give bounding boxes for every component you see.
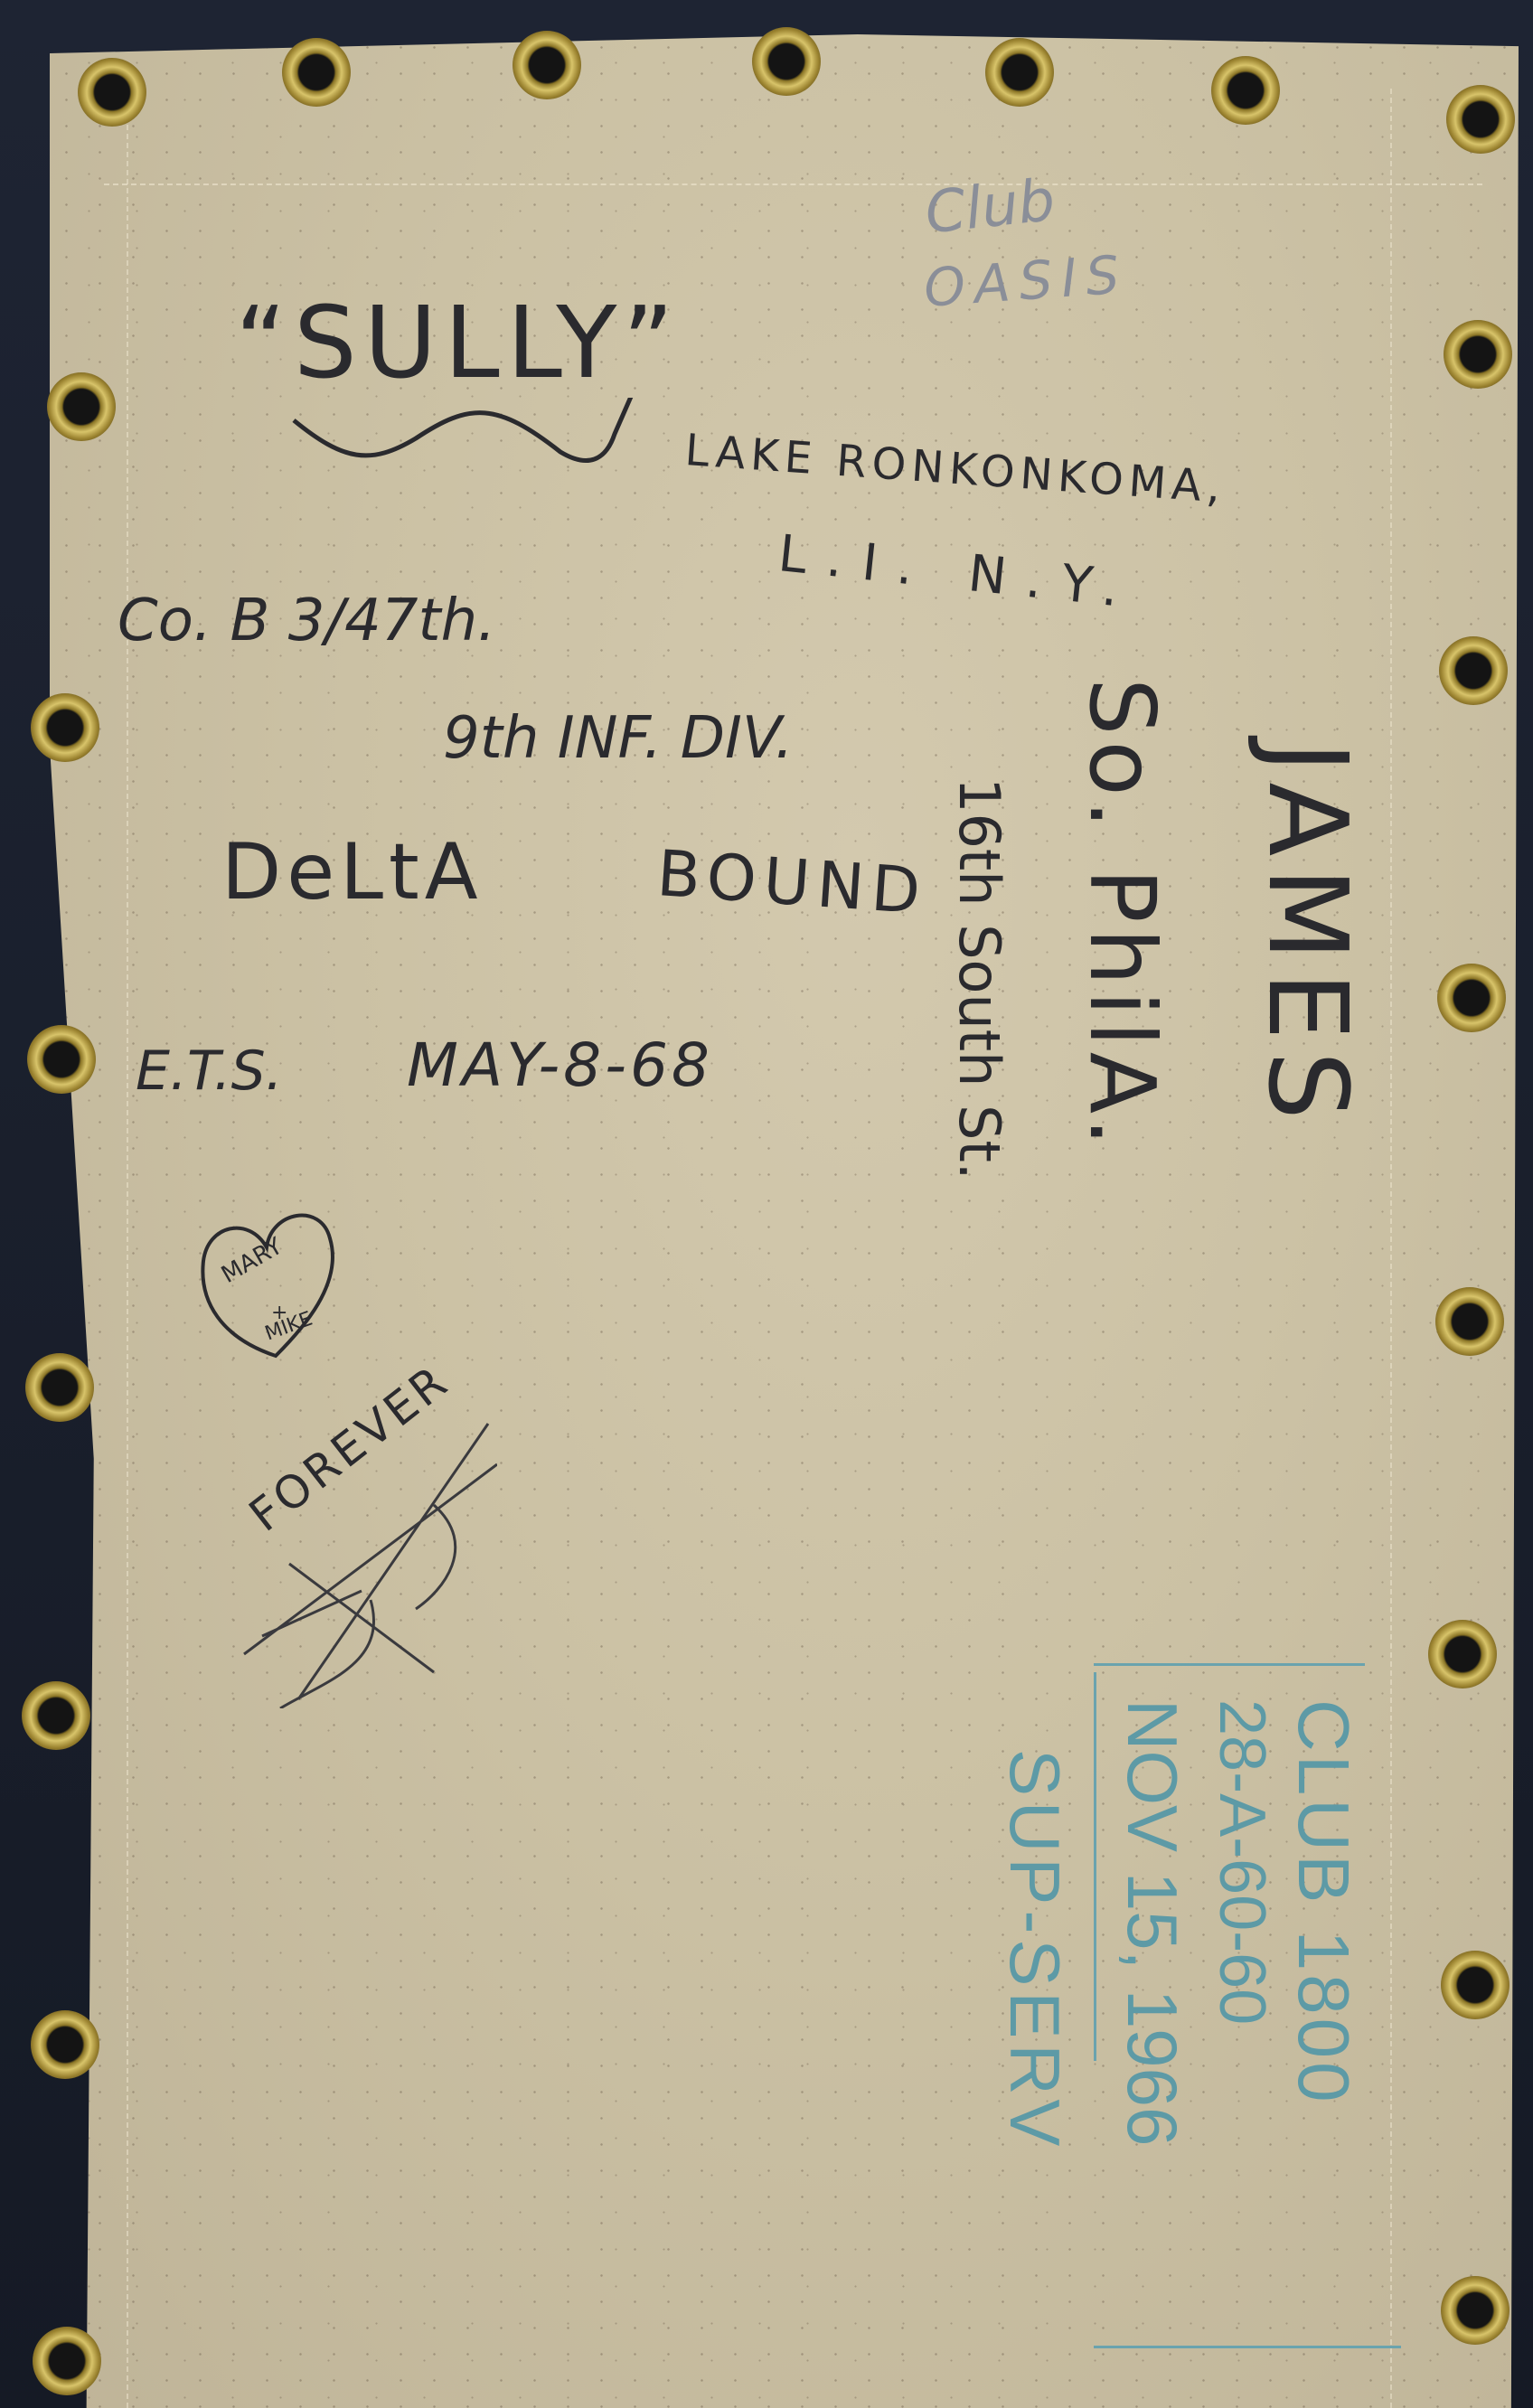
ets-date: MAY-8-68: [407, 1030, 713, 1100]
grommet-icon: [25, 1353, 94, 1422]
blue-date: NOV 15, 1966: [1111, 1699, 1193, 2146]
grommet-icon: [1435, 1287, 1504, 1356]
blue-code: 28-A-60-60: [1205, 1699, 1279, 2025]
grommet-icon: [27, 1025, 96, 1094]
grommet-icon: [31, 2010, 99, 2079]
division-text: 9th INF. DIV.: [443, 705, 794, 772]
grommet-icon: [1441, 1951, 1509, 2019]
ets-label: E.T.S.: [136, 1039, 283, 1103]
grommet-icon: [752, 27, 821, 96]
delta-text: DeLtA: [221, 827, 484, 917]
blue-box-bottom-line: [1094, 2346, 1401, 2348]
vertical-city: So. PhilA.: [1069, 678, 1175, 1152]
blue-supply-service: SUP-SERV: [993, 1749, 1076, 2151]
nickname-text: “SULLY”: [235, 285, 682, 400]
grommet-icon: [1439, 636, 1508, 705]
blue-club-number: CLUB 1800: [1282, 1699, 1365, 2106]
signature-scribble: [226, 1410, 497, 1708]
grommet-icon: [1428, 1620, 1497, 1688]
left-hem-stitch: [127, 89, 128, 2408]
underline-squiggle: [289, 398, 669, 488]
vertical-name-james: JAMES: [1244, 741, 1369, 1131]
pencil-club-text: Club: [922, 167, 1058, 248]
grommet-icon: [1441, 2276, 1509, 2345]
blue-box-divider: [1094, 1672, 1096, 2061]
grommet-icon: [513, 31, 581, 99]
grommet-icon: [1446, 85, 1515, 154]
grommet-icon: [78, 58, 146, 127]
unit-text: Co. B 3/47th.: [118, 588, 496, 654]
grommet-icon: [282, 38, 351, 107]
grommet-icon: [31, 693, 99, 762]
grommet-icon: [985, 38, 1054, 107]
vertical-street: 16th South St.: [946, 777, 1012, 1180]
grommet-icon: [22, 1681, 90, 1750]
top-hem-stitch: [104, 183, 1482, 185]
grommet-icon: [1211, 56, 1280, 125]
grommet-icon: [1444, 320, 1512, 389]
grommet-icon: [47, 372, 116, 441]
grommet-icon: [33, 2327, 101, 2395]
blue-box-top-line: [1094, 1663, 1365, 1666]
right-hem-stitch: [1390, 89, 1392, 2408]
grommet-icon: [1437, 964, 1506, 1032]
